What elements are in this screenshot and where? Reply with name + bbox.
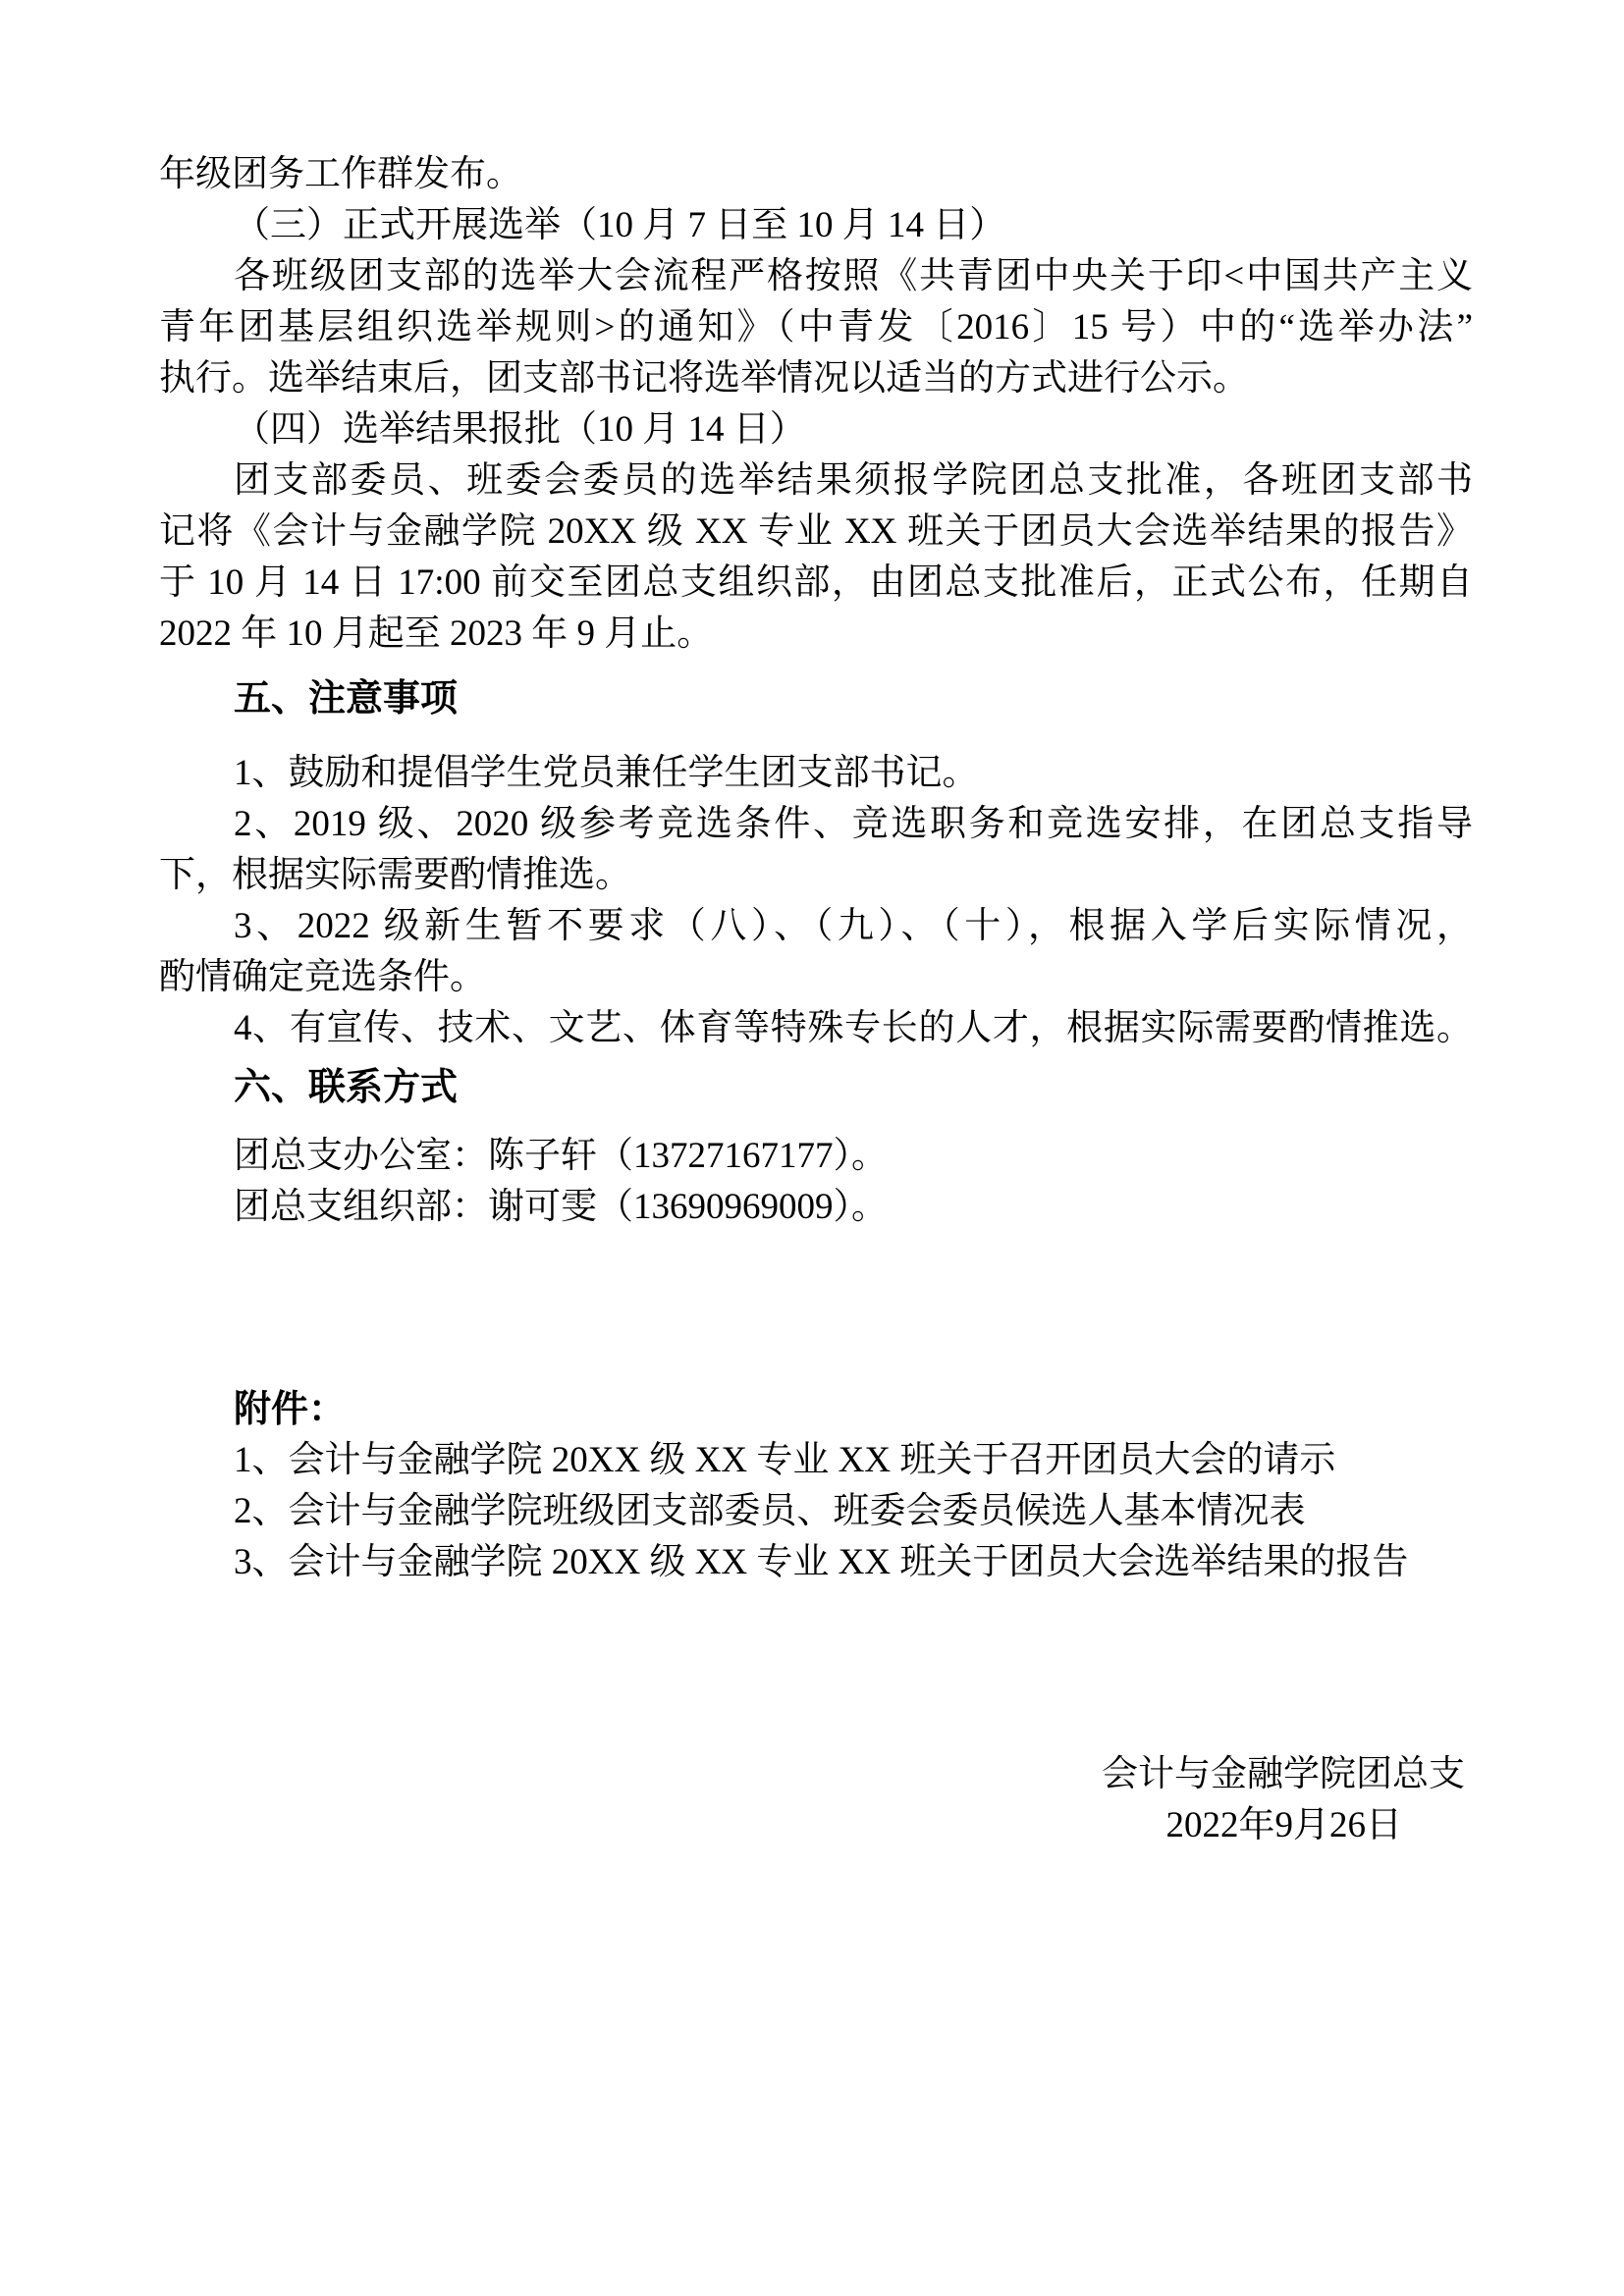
body-line: 年级团务工作群发布。 [159,149,1473,200]
body-line: 执行。选举结束后，团支部书记将选举情况以适当的方式进行公示。 [159,353,1473,404]
body-line: 2022 年 10 月起至 2023 年 9 月止。 [159,609,1473,660]
section-heading-notes: 五、注意事项 [159,673,1473,724]
document-page: 年级团务工作群发布。 （三）正式开展选举（10 月 7 日至 10 月 14 日… [0,0,1624,2296]
section-heading-contact: 六、联系方式 [159,1062,1473,1113]
body-line: （三）正式开展选举（10 月 7 日至 10 月 14 日） [159,200,1473,251]
body-line: （四）选举结果报批（10 月 14 日） [159,404,1473,455]
signature-date: 2022年9月26日 [159,1800,1473,1851]
body-line: 于 10 月 14 日 17:00 前交至团总支组织部，由团总支批准后，正式公布… [159,558,1473,609]
contact-line: 团总支办公室：陈子轩（13727167177）。 [159,1131,1473,1182]
body-line: 青年团基层组织选举规则>的通知》（中青发〔2016〕15 号）中的“选举办法” [159,302,1473,353]
attachment-item: 3、会计与金融学院 20XX 级 XX 专业 XX 班关于团员大会选举结果的报告 [159,1537,1473,1588]
attachment-item: 1、会计与金融学院 20XX 级 XX 专业 XX 班关于召开团员大会的请示 [159,1435,1473,1486]
note-line: 酌情确定竞选条件。 [159,952,1473,1003]
document-content: 年级团务工作群发布。 （三）正式开展选举（10 月 7 日至 10 月 14 日… [159,149,1473,1851]
note-line: 下，根据实际需要酌情推选。 [159,850,1473,901]
signature-block: 会计与金融学院团总支 2022年9月26日 [159,1749,1473,1851]
note-line: 4、有宣传、技术、文艺、体育等特殊专长的人才，根据实际需要酌情推选。 [159,1003,1473,1054]
body-line: 各班级团支部的选举大会流程严格按照《共青团中央关于印<中国共产主义 [159,251,1473,302]
attachment-item: 2、会计与金融学院班级团支部委员、班委会委员候选人基本情况表 [159,1486,1473,1537]
note-line: 2、2019 级、2020 级参考竞选条件、竞选职务和竞选安排，在团总支指导 [159,799,1473,850]
note-line: 3、2022 级新生暂不要求（八）、（九）、（十），根据入学后实际情况， [159,901,1473,952]
note-line: 1、鼓励和提倡学生党员兼任学生团支部书记。 [159,748,1473,799]
body-line: 记将《会计与金融学院 20XX 级 XX 专业 XX 班关于团员大会选举结果的报… [159,507,1473,558]
body-line: 团支部委员、班委会委员的选举结果须报学院团总支批准，各班团支部书 [159,455,1473,507]
signature-organization: 会计与金融学院团总支 [159,1749,1473,1800]
contact-line: 团总支组织部：谢可雯（13690969009）。 [159,1182,1473,1233]
attachments-label: 附件： [159,1384,1473,1435]
